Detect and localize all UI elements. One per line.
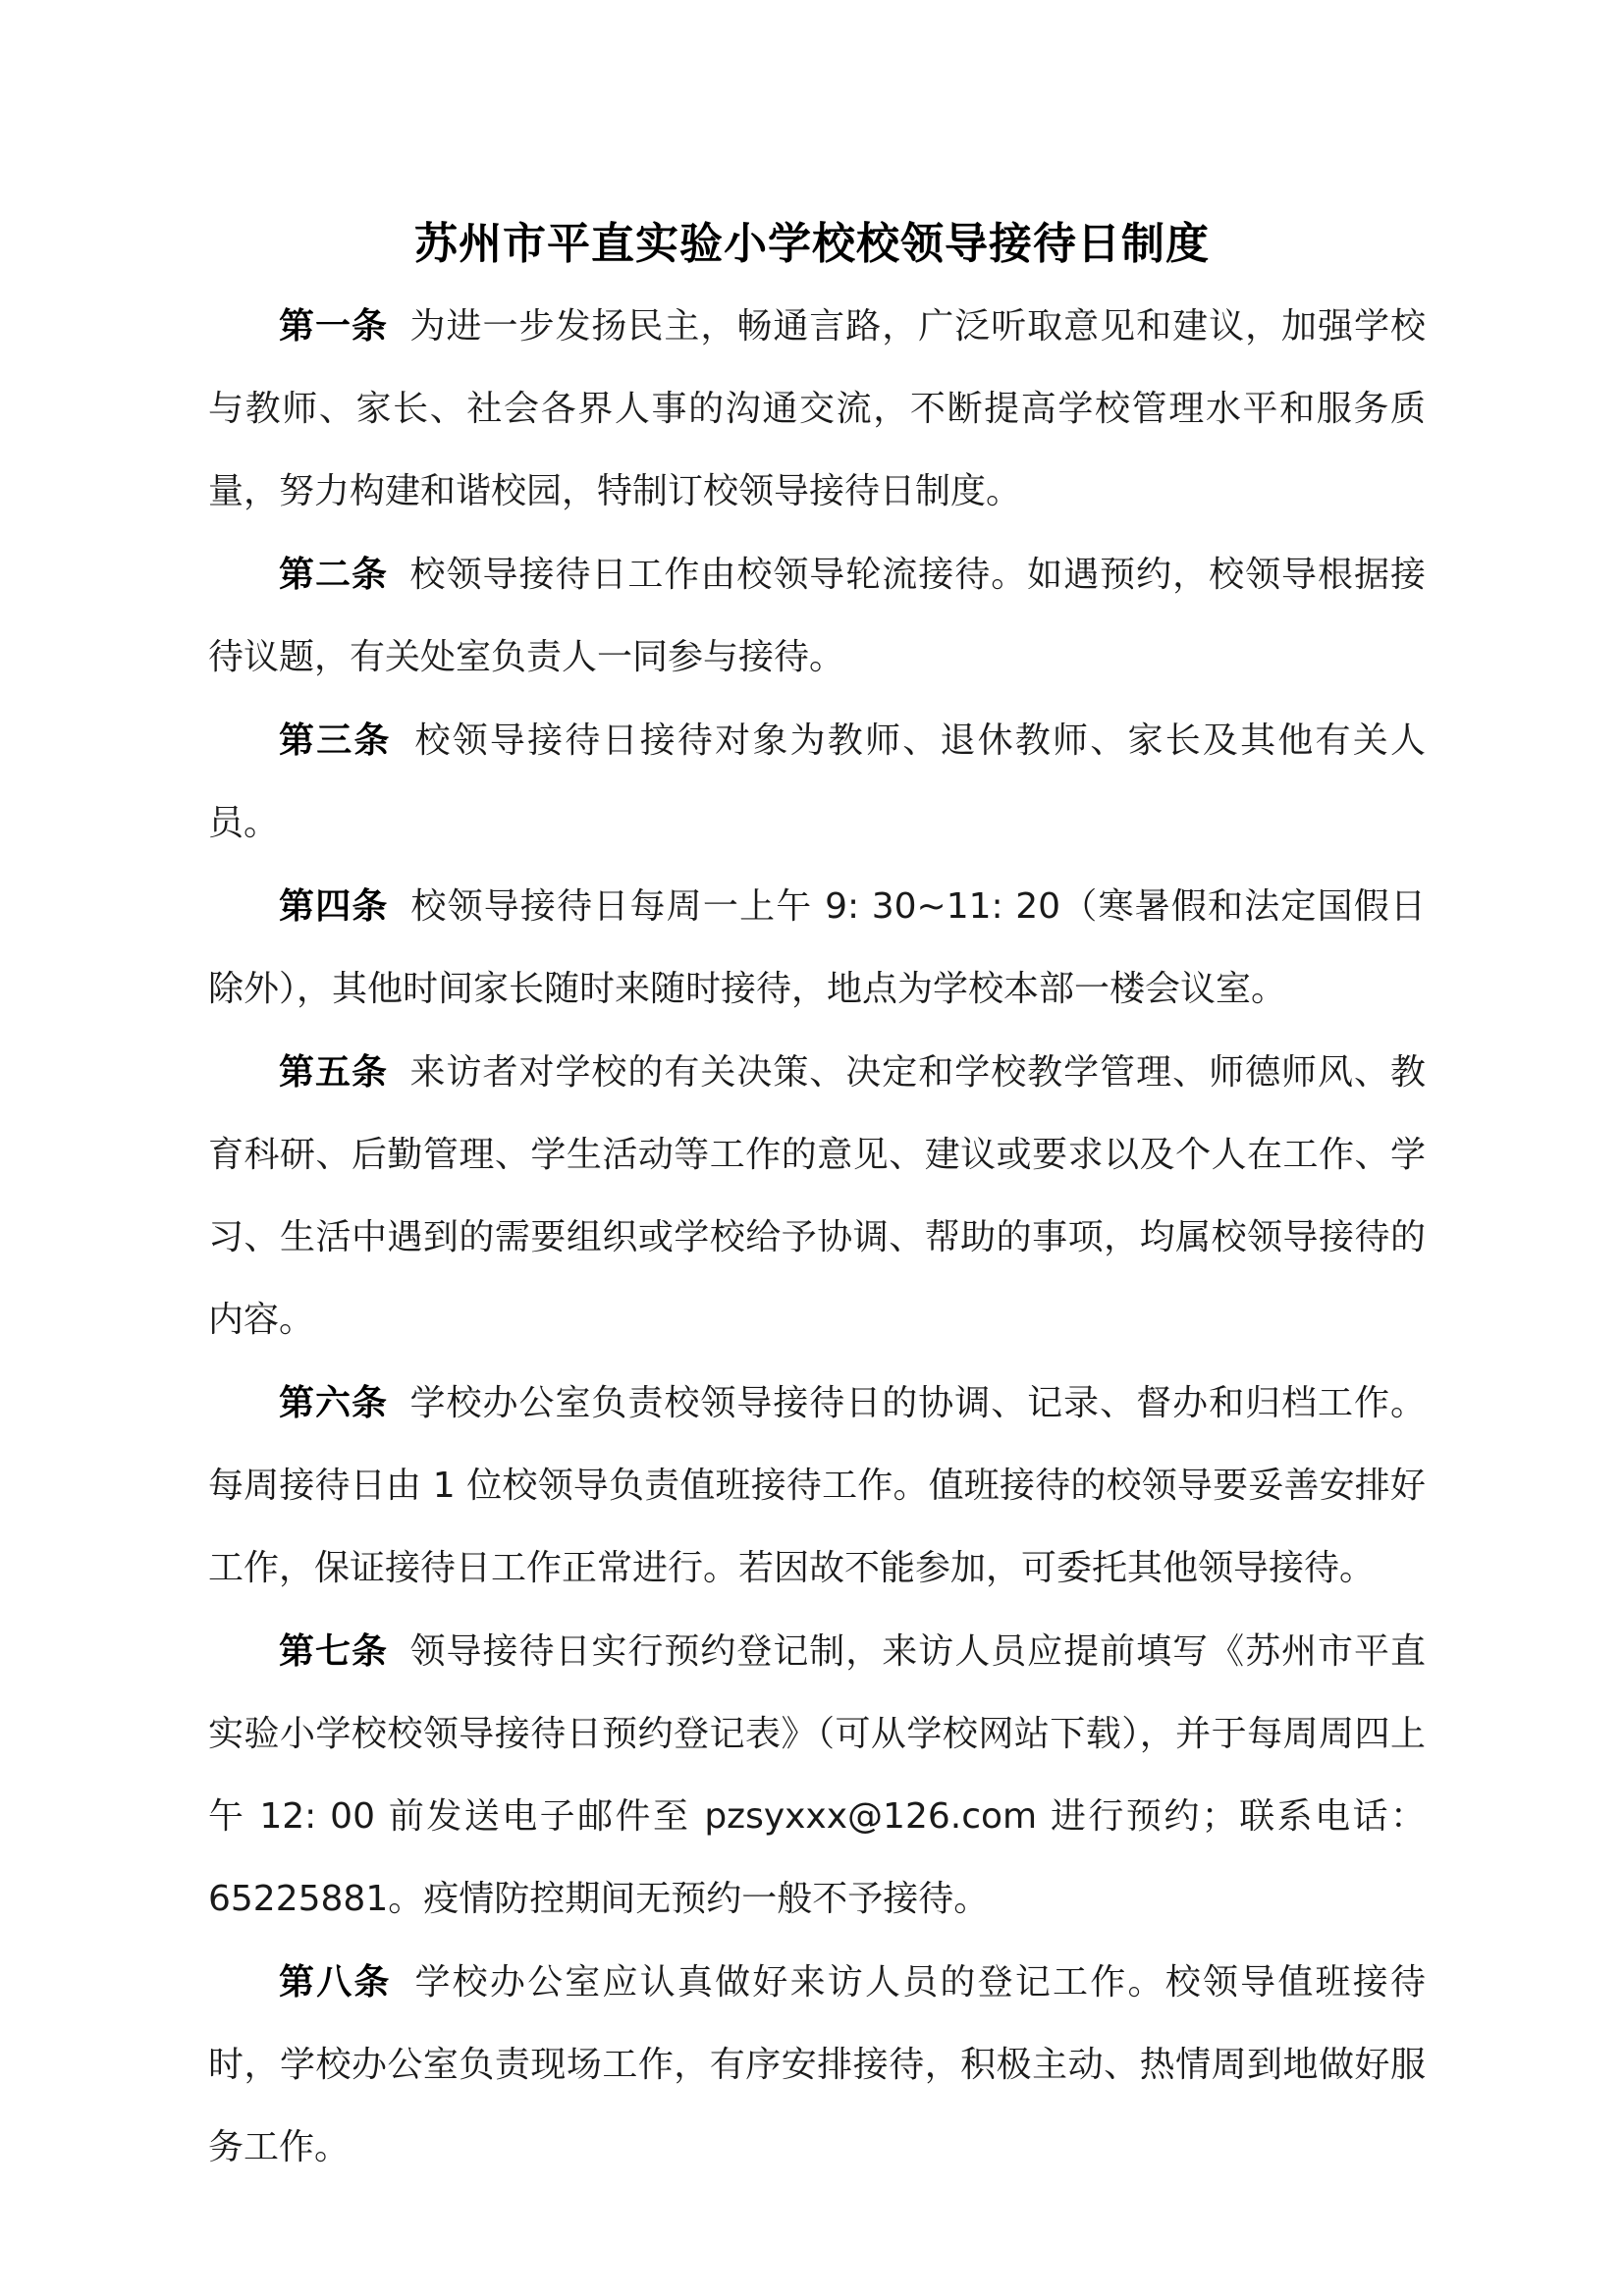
article-text: 为进一步发扬民主，畅通言路，广泛听取意见和建议，加强学校与教师、家长、社会各界人… xyxy=(208,306,1426,511)
article-4: 第四条校领导接待日每周一上午 9: 30~11: 20（寒暑假和法定国假日除外）… xyxy=(208,865,1426,1031)
article-label: 第一条 xyxy=(279,305,388,347)
article-label: 第四条 xyxy=(279,885,389,927)
article-text: 来访者对学校的有关决策、决定和学校教学管理、师德师风、教育科研、后勤管理、学生活… xyxy=(208,1052,1426,1340)
article-label: 第七条 xyxy=(279,1630,388,1672)
article-text: 校领导接待日工作由校领导轮流接待。如遇预约，校领导根据接待议题，有关处室负责人一… xyxy=(208,555,1426,677)
article-label: 第八条 xyxy=(279,1961,392,2002)
article-7: 第七条领导接待日实行预约登记制，来访人员应提前填写《苏州市平直实验小学校校领导接… xyxy=(208,1610,1426,1941)
article-5: 第五条来访者对学校的有关决策、决定和学校教学管理、师德师风、教育科研、后勤管理、… xyxy=(208,1031,1426,1362)
article-label: 第二条 xyxy=(279,554,388,595)
article-label: 第三条 xyxy=(279,720,392,761)
article-2: 第二条校领导接待日工作由校领导轮流接待。如遇预约，校领导根据接待议题，有关处室负… xyxy=(208,533,1426,699)
article-label: 第六条 xyxy=(279,1382,388,1423)
article-text: 校领导接待日每周一上午 9: 30~11: 20（寒暑假和法定国假日除外），其他… xyxy=(208,886,1426,1009)
article-8: 第八条学校办公室应认真做好来访人员的登记工作。校领导值班接待时，学校办公室负责现… xyxy=(208,1941,1426,2189)
article-1: 第一条为进一步发扬民主，畅通言路，广泛听取意见和建议，加强学校与教师、家长、社会… xyxy=(208,285,1426,533)
document-title: 苏州市平直实验小学校校领导接待日制度 xyxy=(0,208,1624,271)
article-label: 第五条 xyxy=(279,1051,388,1093)
article-3: 第三条校领导接待日接待对象为教师、退休教师、家长及其他有关人员。 xyxy=(208,699,1426,865)
article-text: 学校办公室负责校领导接待日的协调、记录、督办和归档工作。每周接待日由 1 位校领… xyxy=(208,1383,1426,1588)
document-body: 第一条为进一步发扬民主，畅通言路，广泛听取意见和建议，加强学校与教师、家长、社会… xyxy=(208,285,1426,2189)
article-text: 领导接待日实行预约登记制，来访人员应提前填写《苏州市平直实验小学校校领导接待日预… xyxy=(208,1631,1426,1919)
article-6: 第六条学校办公室负责校领导接待日的协调、记录、督办和归档工作。每周接待日由 1 … xyxy=(208,1362,1426,1610)
document-page: 苏州市平直实验小学校校领导接待日制度 第一条为进一步发扬民主，畅通言路，广泛听取… xyxy=(0,0,1624,2296)
